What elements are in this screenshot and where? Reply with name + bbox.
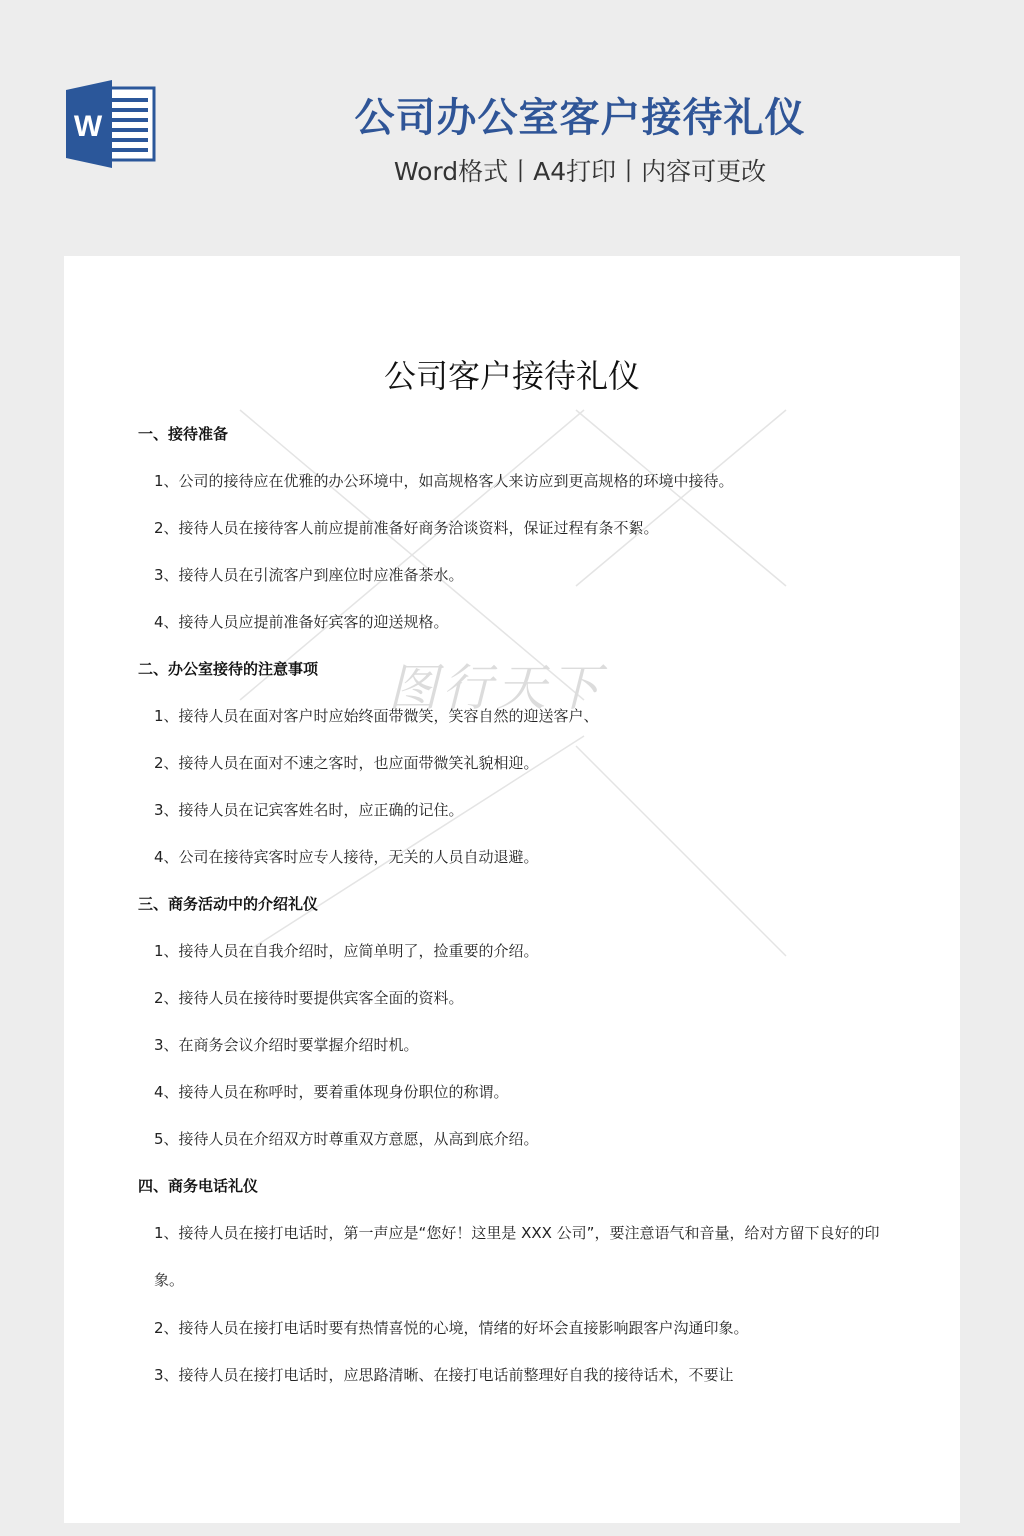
list-item: 3、接待人员在记宾客姓名时，应正确的记住。 (138, 796, 898, 824)
section-heading: 三、商务活动中的介绍礼仪 (138, 890, 898, 937)
banner-title: 公司办公室客户接待礼仪 (300, 92, 860, 144)
list-item: 2、接待人员在接待时要提供宾客全面的资料。 (138, 984, 898, 1012)
list-item: 1、接待人员在面对客户时应始终面带微笑，笑容自然的迎送客户、 (138, 702, 898, 730)
list-item: 2、接待人员在面对不速之客时，也应面带微笑礼貌相迎。 (138, 749, 898, 777)
list-item: 4、接待人员应提前准备好宾客的迎送规格。 (138, 608, 898, 636)
word-icon: W (64, 80, 158, 168)
list-item: 1、接待人员在接打电话时，第一声应是“您好！这里是 XXX 公司”，要注意语气和… (138, 1210, 898, 1304)
document-body: 一、接待准备 1、公司的接待应在优雅的办公环境中，如高规格客人来访应到更高规格的… (138, 420, 898, 1408)
list-item: 1、接待人员在自我介绍时，应简单明了，捡重要的介绍。 (138, 937, 898, 965)
section-reception-preparation: 一、接待准备 1、公司的接待应在优雅的办公环境中，如高规格客人来访应到更高规格的… (138, 420, 898, 636)
list-item: 3、在商务会议介绍时要掌握介绍时机。 (138, 1031, 898, 1059)
section-heading: 一、接待准备 (138, 420, 898, 467)
section-office-reception-notes: 二、办公室接待的注意事项 1、接待人员在面对客户时应始终面带微笑，笑容自然的迎送… (138, 655, 898, 871)
list-item: 3、接待人员在引流客户到座位时应准备茶水。 (138, 561, 898, 589)
banner-subtitle: Word格式丨A4打印丨内容可更改 (300, 154, 860, 190)
section-telephone-etiquette: 四、商务电话礼仪 1、接待人员在接打电话时，第一声应是“您好！这里是 XXX 公… (138, 1172, 898, 1389)
list-item: 4、公司在接待宾客时应专人接待，无关的人员自动退避。 (138, 843, 898, 871)
section-heading: 二、办公室接待的注意事项 (138, 655, 898, 702)
list-item: 3、接待人员在接打电话时，应思路清晰、在接打电话前整理好自我的接待话术，不要让 (138, 1361, 898, 1389)
document-title: 公司客户接待礼仪 (64, 354, 960, 398)
list-item: 5、接待人员在介绍双方时尊重双方意愿，从高到底介绍。 (138, 1125, 898, 1153)
list-item: 2、接待人员在接打电话时要有热情喜悦的心境，情绪的好坏会直接影响跟客户沟通印象。 (138, 1314, 898, 1342)
document-page: 图行天下 公司客户接待礼仪 一、接待准备 1、公司的接待应在优雅的办公环境中，如… (64, 256, 960, 1523)
list-item: 2、接待人员在接待客人前应提前准备好商务洽谈资料，保证过程有条不絮。 (138, 514, 898, 542)
section-introduction-etiquette: 三、商务活动中的介绍礼仪 1、接待人员在自我介绍时，应简单明了，捡重要的介绍。 … (138, 890, 898, 1153)
list-item: 1、公司的接待应在优雅的办公环境中，如高规格客人来访应到更高规格的环境中接待。 (138, 467, 898, 495)
list-item: 4、接待人员在称呼时，要着重体现身份职位的称谓。 (138, 1078, 898, 1106)
svg-text:W: W (74, 110, 103, 143)
banner-header: W 公司办公室客户接待礼仪 Word格式丨A4打印丨内容可更改 (0, 0, 1024, 256)
